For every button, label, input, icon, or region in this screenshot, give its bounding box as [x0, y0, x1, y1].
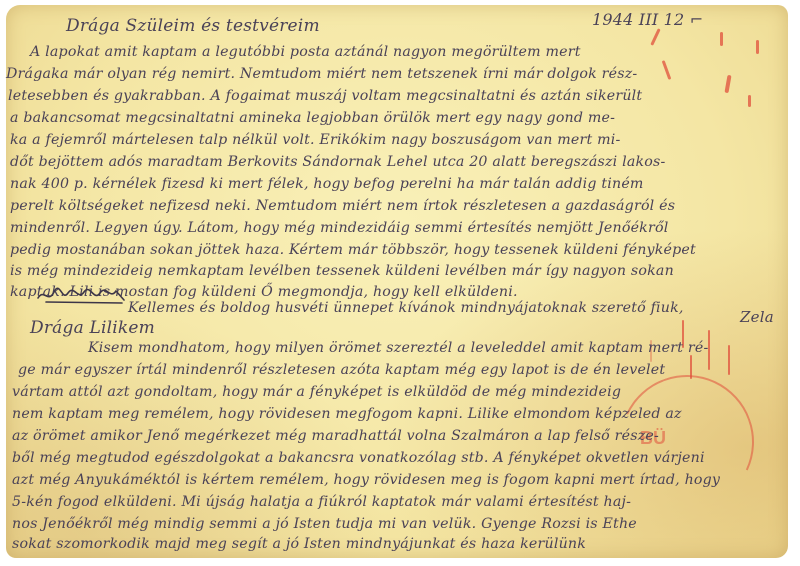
letter1-line: is még mindezideig nemkaptam levélben te… [10, 263, 674, 279]
letter2-line: nem kaptam meg remélem, hogy rövidesen m… [12, 406, 682, 422]
margin-scribble-signature [36, 284, 128, 306]
letter1-line: perelt költségeket nefizesd neki. Nemtud… [10, 198, 675, 214]
letter-date: 1944 III 12 ⌐ [592, 10, 703, 29]
letter2-line: ből még megtudod egészdolgokat a bakancs… [12, 450, 705, 466]
letter2-line: az örömet amikor Jenő megérkezet még mar… [12, 428, 659, 444]
letter2-line: ge már egyszer írtál mindenről részletes… [18, 362, 665, 378]
letter2-line: 5-kén fogod elküldeni. Mi újság halatja … [12, 494, 631, 510]
letter1-line: A lapokat amit kaptam a legutóbbi posta … [30, 44, 581, 60]
letter1-line: dőt bejöttem adós maradtam Berkovits Sán… [10, 154, 666, 170]
letter2-salutation: Drága Lilikem [30, 318, 155, 338]
letter1-line: mindenről. Legyen úgy. Látom, hogy még m… [10, 220, 668, 236]
letter1-line: pedig mostanában sokan jöttek haza. Kért… [10, 242, 696, 258]
letter1-signature: Zela [740, 308, 774, 326]
letter1-salutation: Drága Szüleim és testvéreim [66, 16, 320, 36]
letter2-line: azt még Anyukáméktól is kértem remélem, … [12, 472, 720, 488]
letter2-line: vártam attól azt gondoltam, hogy már a f… [12, 384, 621, 400]
letter1-line: Drágaka már olyan rég nemirt. Nemtudom m… [6, 66, 637, 82]
letter1-line: nak 400 p. kérnélek fizesd ki mert félek… [10, 176, 644, 192]
letter1-closing: Kellemes és boldog husvéti ünnepet kíván… [128, 300, 684, 316]
letter1-line: letesebben és gyakrabban. A fogaimat mus… [8, 88, 642, 104]
letter2-line: Kisem mondhatom, hogy milyen örömet szer… [88, 340, 708, 356]
letter1-line: ka a fejemről mártelesen talp nélkül vol… [10, 132, 621, 148]
letter1-line: a bakancsomat megcsinaltatni amineka leg… [10, 110, 615, 126]
